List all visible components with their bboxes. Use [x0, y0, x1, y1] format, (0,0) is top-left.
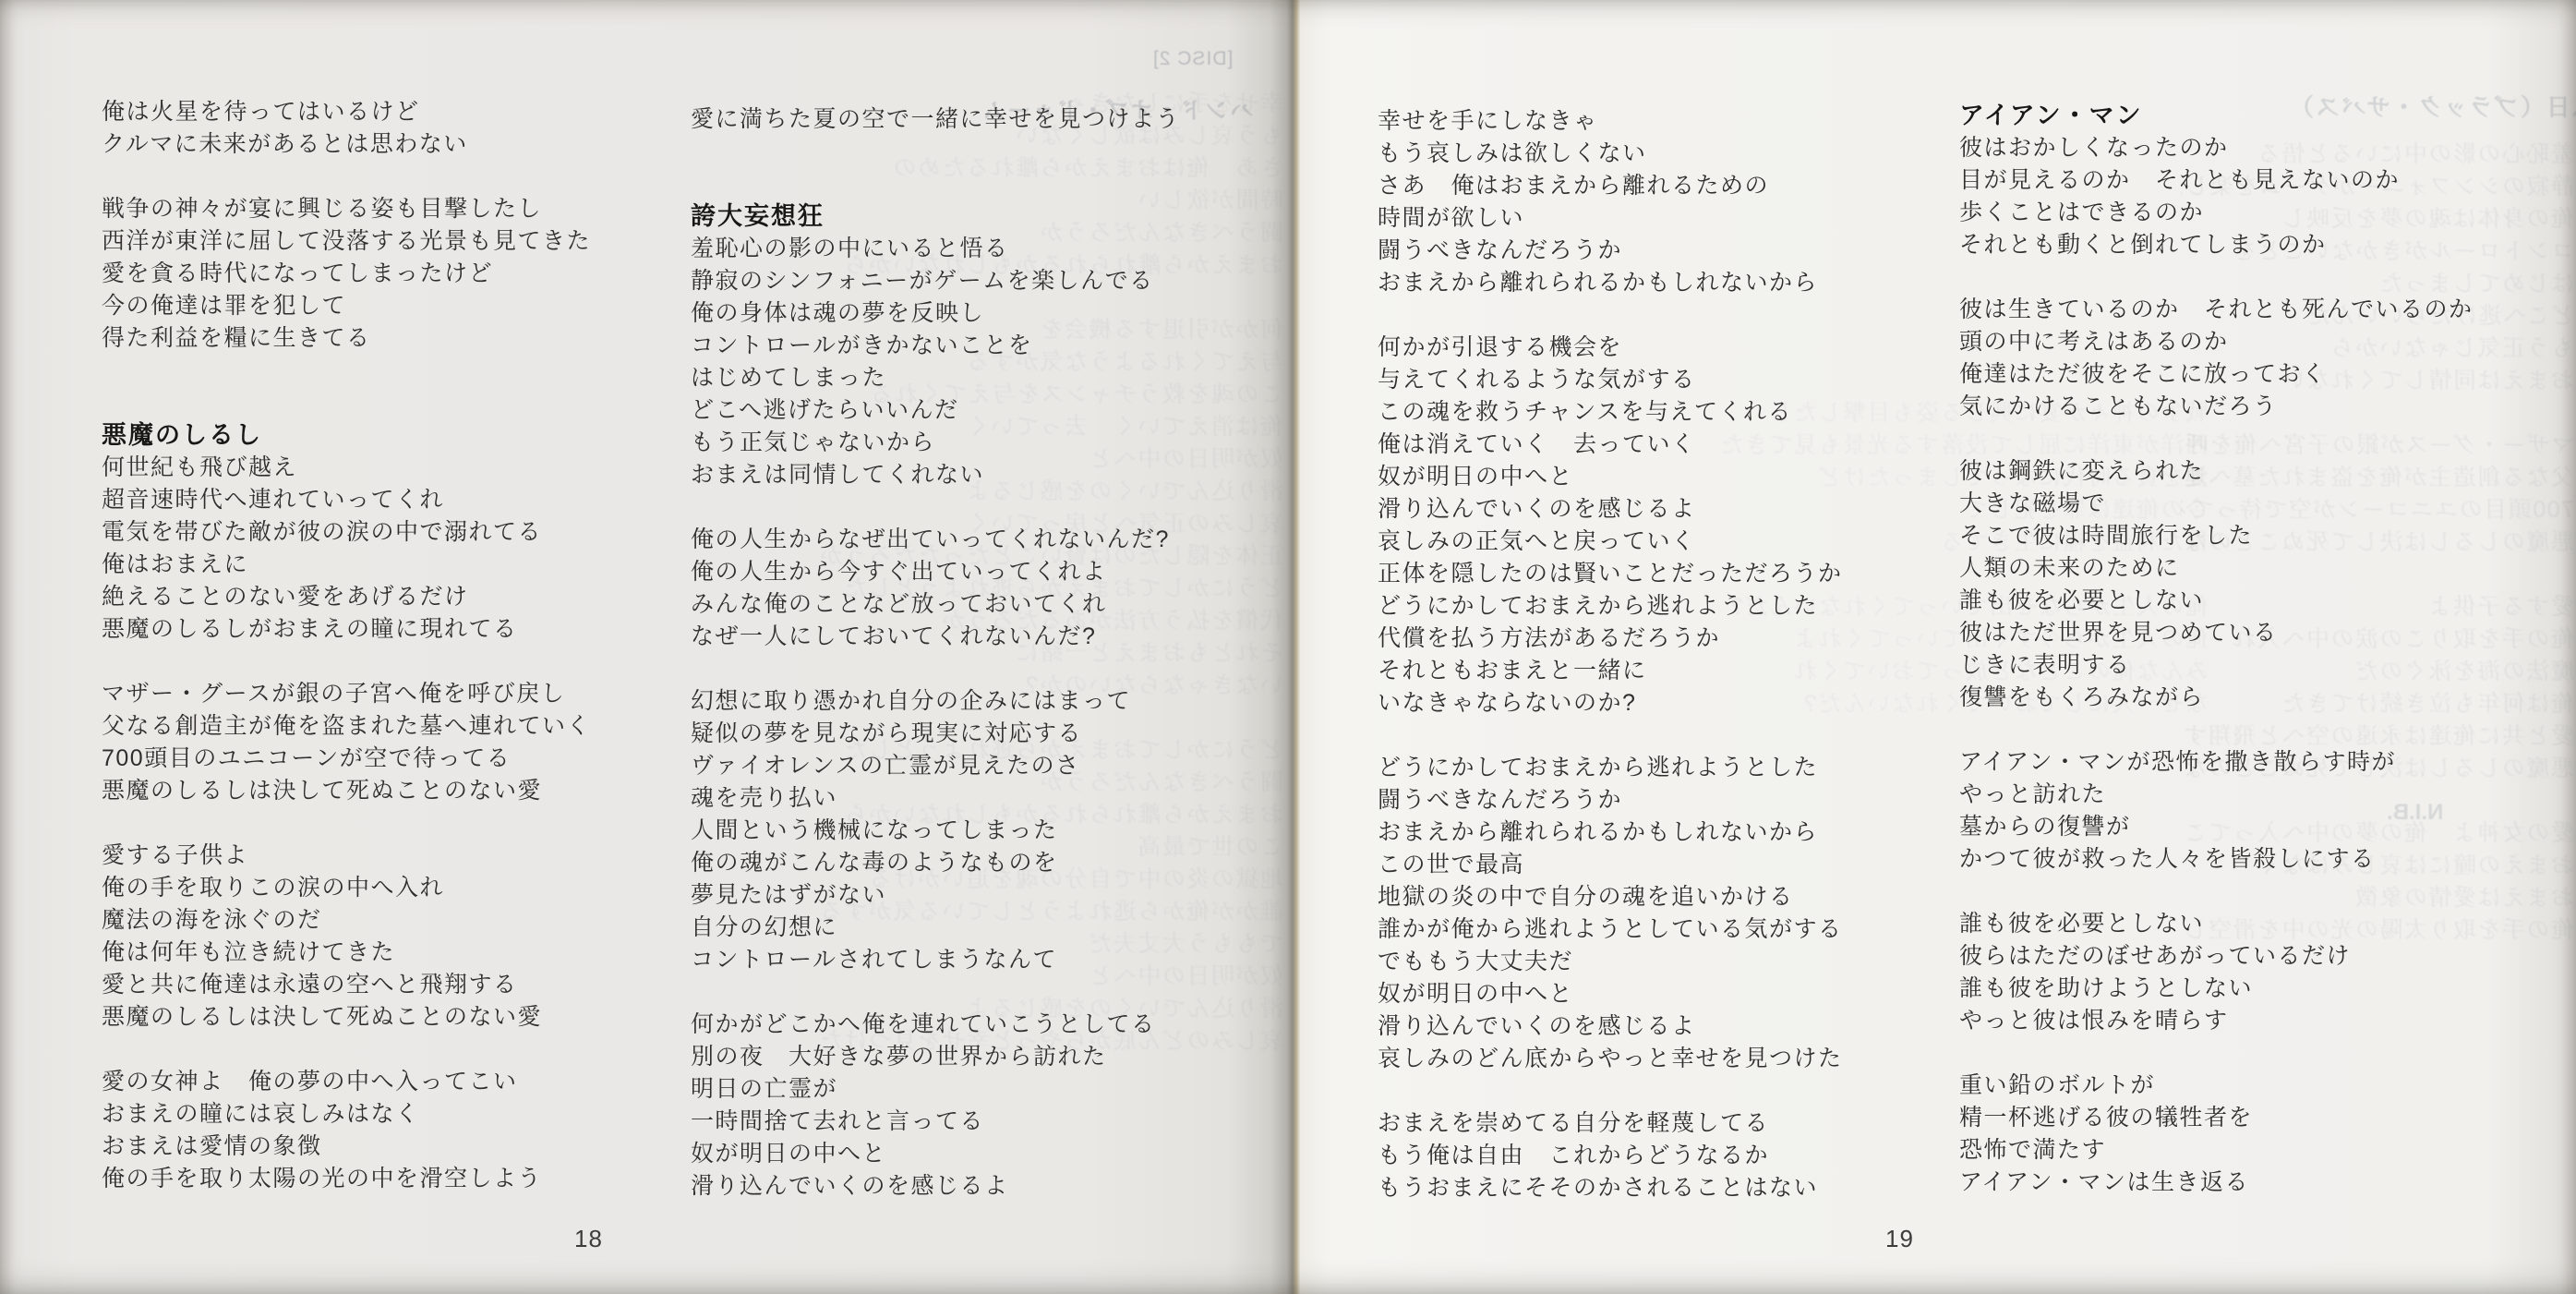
lyric-line: 俺は火星を待ってはいるけど: [102, 96, 619, 128]
lyric-line: でももう大丈夫だ: [1378, 946, 1913, 978]
lyric-line: 誰も彼を必要としない: [1959, 908, 2532, 940]
lyric-line: コントロールされてしまうなんて: [691, 944, 1245, 976]
lyric-line: 奴が明日の中へと: [1378, 461, 1913, 493]
lyric-line: 正体を隠したのは賢いことだっただろうか: [1378, 558, 1913, 590]
lyric-line: 俺は何年も泣き続けてきた: [102, 937, 619, 969]
stanza: おまえを崇めてる自分を軽蔑してるもう俺は自由 これからどうなるかもうおまえにそそ…: [1378, 1107, 1913, 1204]
lyric-line: はじめてしまった: [691, 362, 1245, 394]
lyric-line: 愛の女神よ 俺の夢の中へ入ってこい: [102, 1066, 619, 1098]
stanza: 彼は鋼鉄に変えられた大きな磁場でそこで彼は時間旅行をした人類の未来のために誰も彼…: [1959, 455, 2532, 714]
lyric-line: 魔法の海を泳ぐのだ: [102, 904, 619, 937]
lyric-line: 俺の人生からなぜ出ていってくれないんだ?: [691, 524, 1245, 556]
lyric-line: 彼はただ世界を見つめている: [1959, 617, 2532, 649]
lyric-line: 幸せを手にしなきゃ: [1378, 105, 1913, 138]
lyric-line: 復讐をもくろみながら: [1959, 682, 2532, 714]
lyric-line: 自分の幻想に: [691, 912, 1245, 944]
song-title: 悪魔のしるし: [102, 419, 619, 452]
page-right: 戦争の神々が宴に興じる姿も目撃したし西洋が東洋に屈して没落する光景も見てきた愛を…: [1293, 0, 2576, 1294]
lyric-line: この魂を救うチャンスを与えてくれる: [1378, 396, 1913, 429]
lyric-line: 何かが引退する機会を: [1378, 332, 1913, 364]
lyric-line: 歩くことはできるのか: [1959, 197, 2532, 229]
lyric-line: 墓からの復讐が: [1959, 811, 2532, 843]
lyric-line: 絶えることのない愛をあげるだけ: [102, 581, 619, 613]
lyric-line: 滑り込んでいくのを感じるよ: [1378, 1010, 1913, 1043]
lyric-line: おまえを崇めてる自分を軽蔑してる: [1378, 1107, 1913, 1140]
lyric-line: 彼らはただのぼせあがっているだけ: [1959, 940, 2532, 973]
lyrics-column-right-2: アイアン・マン彼はおかしくなったのか目が見えるのか それとも見えないのか歩くこと…: [1959, 100, 2532, 1231]
stanza: 誰も彼を必要としない彼らはただのぼせあがっているだけ誰も彼を助けようとしないやっ…: [1959, 908, 2532, 1037]
lyric-line: 超音速時代へ連れていってくれ: [102, 484, 619, 516]
lyric-line: 彼は生きているのか それとも死んでいるのか: [1959, 294, 2532, 326]
lyric-line: 目が見えるのか それとも見えないのか: [1959, 164, 2532, 197]
lyric-line: コントロールがきかないことを: [691, 330, 1245, 362]
page-number-right: 19: [1885, 1225, 1914, 1253]
lyric-line: 羞恥心の影の中にいると悟る: [691, 233, 1245, 265]
lyric-line: 戦争の神々が宴に興じる姿も目撃したし: [102, 193, 619, 225]
lyric-line: おまえは愛情の象徴: [102, 1131, 619, 1163]
lyric-line: 与えてくれるような気がする: [1378, 364, 1913, 396]
page-number-left: 18: [574, 1225, 603, 1253]
lyric-line: 悪魔のしるしは決して死ぬことのない愛: [102, 1001, 619, 1034]
lyric-line: 大きな磁場で: [1959, 488, 2532, 520]
lyric-line: 西洋が東洋に屈して没落する光景も見てきた: [102, 225, 619, 258]
lyric-line: 頭の中に考えはあるのか: [1959, 326, 2532, 358]
lyric-line: おまえから離れられるかもしれないから: [1378, 267, 1913, 299]
lyric-line: アイアン・マンは生き返る: [1959, 1167, 2532, 1199]
lyric-line: 何かがどこかへ俺を連れていこうとしてる: [691, 1009, 1245, 1041]
lyric-line: それともおまえと一緒に: [1378, 655, 1913, 687]
stanza: 愛に満ちた夏の空で一緒に幸せを見つけよう: [691, 103, 1245, 136]
lyric-line: 誰かが俺から逃れようとしている気がする: [1378, 913, 1913, 946]
bleedthrough-disc-label: [DISC 2]: [1152, 48, 1233, 70]
lyric-line: 滑り込んでいくのを感じるよ: [1378, 493, 1913, 526]
lyric-line: 俺の手を取り太陽の光の中を滑空しよう: [102, 1163, 619, 1195]
lyric-line: 彼はおかしくなったのか: [1959, 132, 2532, 164]
stanza: 俺の人生からなぜ出ていってくれないんだ?俺の人生から今すぐ出ていってくれよみんな…: [691, 524, 1245, 653]
stanza: 何かがどこかへ俺を連れていこうとしてる別の夜 大好きな夢の世界から訪れた明日の亡…: [691, 1009, 1245, 1203]
stanza: 彼はおかしくなったのか目が見えるのか それとも見えないのか歩くことはできるのかそ…: [1959, 132, 2532, 261]
lyric-line: もう正気じゃないから: [691, 427, 1245, 459]
lyric-line: みんな俺のことなど放っておいてくれ: [691, 588, 1245, 621]
lyric-line: 哀しみのどん底からやっと幸せを見つけた: [1378, 1043, 1913, 1075]
lyric-line: 気にかけることもないだろう: [1959, 391, 2532, 423]
lyric-line: 父なる創造主が俺を盗まれた墓へ連れていく: [102, 710, 619, 743]
stanza: 幸せを手にしなきゃもう哀しみは欲しくないさあ 俺はおまえから離れるための時間が欲…: [1378, 105, 1913, 299]
lyric-line: 闘うべきなんだろうか: [1378, 235, 1913, 267]
lyric-line: 愛と共に俺達は永遠の空へと飛翔する: [102, 969, 619, 1001]
lyric-line: 誰も彼を必要としない: [1959, 585, 2532, 617]
lyric-line: それとも動くと倒れてしまうのか: [1959, 229, 2532, 261]
lyric-line: 静寂のシンフォニーがゲームを楽しんでる: [691, 265, 1245, 297]
stanza: 俺は火星を待ってはいるけどクルマに未来があるとは思わない: [102, 96, 619, 161]
lyric-line: 幻想に取り憑かれ自分の企みにはまって: [691, 685, 1245, 718]
lyric-line: 代償を払う方法があるだろうか: [1378, 623, 1913, 655]
lyric-line: 今の俺達は罪を犯して: [102, 290, 619, 322]
lyric-line: 闘うべきなんだろうか: [1378, 784, 1913, 816]
lyric-line: 疑似の夢を見ながら現実に対応する: [691, 718, 1245, 750]
stanza: 何かが引退する機会を与えてくれるような気がするこの魂を救うチャンスを与えてくれる…: [1378, 332, 1913, 720]
lyric-line: やっと彼は恨みを晴らす: [1959, 1005, 2532, 1037]
lyric-line: 700頭目のユニコーンが空で待ってる: [102, 743, 619, 775]
lyric-line: 得た利益を糧に生きてる: [102, 322, 619, 355]
lyric-line: 悪魔のしるしがおまえの瞳に現れてる: [102, 613, 619, 646]
lyric-line: この世で最高: [1378, 849, 1913, 881]
lyrics-column-left-1: 俺は火星を待ってはいるけどクルマに未来があるとは思わない戦争の神々が宴に興じる姿…: [102, 96, 619, 1227]
lyric-line: 一時間捨て去れと言ってる: [691, 1106, 1245, 1138]
lyric-line: マザー・グースが銀の子宮へ俺を呼び戻し: [102, 678, 619, 710]
stanza: アイアン・マンが恐怖を撒き散らす時がやっと訪れた墓からの復讐がかつて彼が救った人…: [1959, 746, 2532, 876]
lyric-line: なぜ一人にしておいてくれないんだ?: [691, 621, 1245, 653]
lyric-line: 何世紀も飛び越え: [102, 452, 619, 484]
lyric-line: 奴が明日の中へと: [1378, 978, 1913, 1010]
song-title: 誇大妄想狂: [691, 200, 1245, 233]
lyric-line: かつて彼が救った人々を皆殺しにする: [1959, 843, 2532, 876]
lyric-line: もう哀しみは欲しくない: [1378, 138, 1913, 170]
lyrics-column-left-2: 愛に満ちた夏の空で一緒に幸せを見つけよう誇大妄想狂羞恥心の影の中にいると悟る静寂…: [691, 103, 1245, 1235]
lyric-line: 人類の未来のために: [1959, 552, 2532, 585]
lyric-line: 滑り込んでいくのを感じるよ: [691, 1170, 1245, 1203]
stanza: マザー・グースが銀の子宮へ俺を呼び戻し父なる創造主が俺を盗まれた墓へ連れていく7…: [102, 678, 619, 807]
page-left: 幸せを手にしなきゃもう哀しみは欲しくないさあ 俺はおまえから離れるための時間が欲…: [0, 0, 1293, 1294]
lyric-line: 愛に満ちた夏の空で一緒に幸せを見つけよう: [691, 103, 1245, 136]
lyric-line: おまえの瞳には哀しみはなく: [102, 1098, 619, 1131]
lyric-line: 明日の亡霊が: [691, 1073, 1245, 1106]
lyric-line: 重い鉛のボルトが: [1959, 1070, 2532, 1102]
lyrics-column-right-1: 幸せを手にしなきゃもう哀しみは欲しくないさあ 俺はおまえから離れるための時間が欲…: [1378, 105, 1913, 1237]
lyric-line: さあ 俺はおまえから離れるための: [1378, 170, 1913, 202]
lyric-line: 哀しみの正気へと戻っていく: [1378, 526, 1913, 558]
lyric-line: もう俺は自由 これからどうなるか: [1378, 1140, 1913, 1172]
lyric-line: 時間が欲しい: [1378, 202, 1913, 235]
lyric-line: 俺の身体は魂の夢を反映し: [691, 297, 1245, 330]
lyric-line: 愛する子供よ: [102, 840, 619, 872]
lyric-line: 俺達はただ彼をそこに放っておく: [1959, 358, 2532, 391]
lyric-line: いなきゃならないのか?: [1378, 687, 1913, 720]
lyric-line: 恐怖で満たす: [1959, 1134, 2532, 1167]
lyric-line: アイアン・マンが恐怖を撒き散らす時が: [1959, 746, 2532, 779]
booklet-spread: 幸せを手にしなきゃもう哀しみは欲しくないさあ 俺はおまえから離れるための時間が欲…: [0, 0, 2576, 1294]
lyric-line: 夢見たはずがない: [691, 879, 1245, 912]
stanza: どうにかしておまえから逃れようとした闘うべきなんだろうかおまえから離れられるかも…: [1378, 752, 1913, 1075]
stanza: 何世紀も飛び越え超音速時代へ連れていってくれ電気を帯びた敵が彼の涙の中で溺れてる…: [102, 452, 619, 646]
stanza: 戦争の神々が宴に興じる姿も目撃したし西洋が東洋に屈して没落する光景も見てきた愛を…: [102, 193, 619, 355]
lyric-line: 悪魔のしるしは決して死ぬことのない愛: [102, 775, 619, 807]
lyric-line: どうにかしておまえから逃れようとした: [1378, 752, 1913, 784]
lyric-line: 彼は鋼鉄に変えられた: [1959, 455, 2532, 488]
lyric-line: もうおまえにそそのかされることはない: [1378, 1172, 1913, 1204]
stanza: 愛する子供よ俺の手を取りこの涙の中へ入れ魔法の海を泳ぐのだ俺は何年も泣き続けてき…: [102, 840, 619, 1034]
lyric-line: 愛を貪る時代になってしまったけど: [102, 258, 619, 290]
lyric-line: ヴァイオレンスの亡霊が見えたのさ: [691, 750, 1245, 782]
lyric-line: 精一杯逃げる彼の犠牲者を: [1959, 1102, 2532, 1134]
lyric-line: どうにかしておまえから逃れようとした: [1378, 590, 1913, 623]
lyric-line: そこで彼は時間旅行をした: [1959, 520, 2532, 552]
stanza: 羞恥心の影の中にいると悟る静寂のシンフォニーがゲームを楽しんでる俺の身体は魂の夢…: [691, 233, 1245, 491]
lyric-line: じきに表明する: [1959, 649, 2532, 682]
lyric-line: 俺はおまえに: [102, 549, 619, 581]
lyric-line: クルマに未来があるとは思わない: [102, 128, 619, 161]
stanza: 幻想に取り憑かれ自分の企みにはまって疑似の夢を見ながら現実に対応するヴァイオレン…: [691, 685, 1245, 976]
stanza: 重い鉛のボルトが精一杯逃げる彼の犠牲者を恐怖で満たすアイアン・マンは生き返る: [1959, 1070, 2532, 1199]
lyric-line: 電気を帯びた敵が彼の涙の中で溺れてる: [102, 516, 619, 549]
stanza: 愛の女神よ 俺の夢の中へ入ってこいおまえの瞳には哀しみはなくおまえは愛情の象徴俺…: [102, 1066, 619, 1195]
lyric-line: やっと訪れた: [1959, 779, 2532, 811]
lyric-line: 地獄の炎の中で自分の魂を追いかける: [1378, 881, 1913, 913]
lyric-line: 俺の魂がこんな毒のようなものを: [691, 847, 1245, 879]
lyric-line: おまえは同情してくれない: [691, 459, 1245, 491]
lyric-line: 誰も彼を助けようとしない: [1959, 973, 2532, 1005]
lyric-line: 俺の手を取りこの涙の中へ入れ: [102, 872, 619, 904]
lyric-line: 魂を売り払い: [691, 782, 1245, 815]
lyric-line: 別の夜 大好きな夢の世界から訪れた: [691, 1041, 1245, 1073]
song-title: アイアン・マン: [1959, 100, 2532, 132]
lyric-line: 俺は消えていく 去っていく: [1378, 429, 1913, 461]
lyric-line: 人間という機械になってしまった: [691, 815, 1245, 847]
lyric-line: どこへ逃げたらいいんだ: [691, 394, 1245, 427]
stanza: 彼は生きているのか それとも死んでいるのか頭の中に考えはあるのか俺達はただ彼をそ…: [1959, 294, 2532, 423]
lyric-line: おまえから離れられるかもしれないから: [1378, 816, 1913, 849]
lyric-line: 奴が明日の中へと: [691, 1138, 1245, 1170]
lyric-line: 俺の人生から今すぐ出ていってくれよ: [691, 556, 1245, 588]
